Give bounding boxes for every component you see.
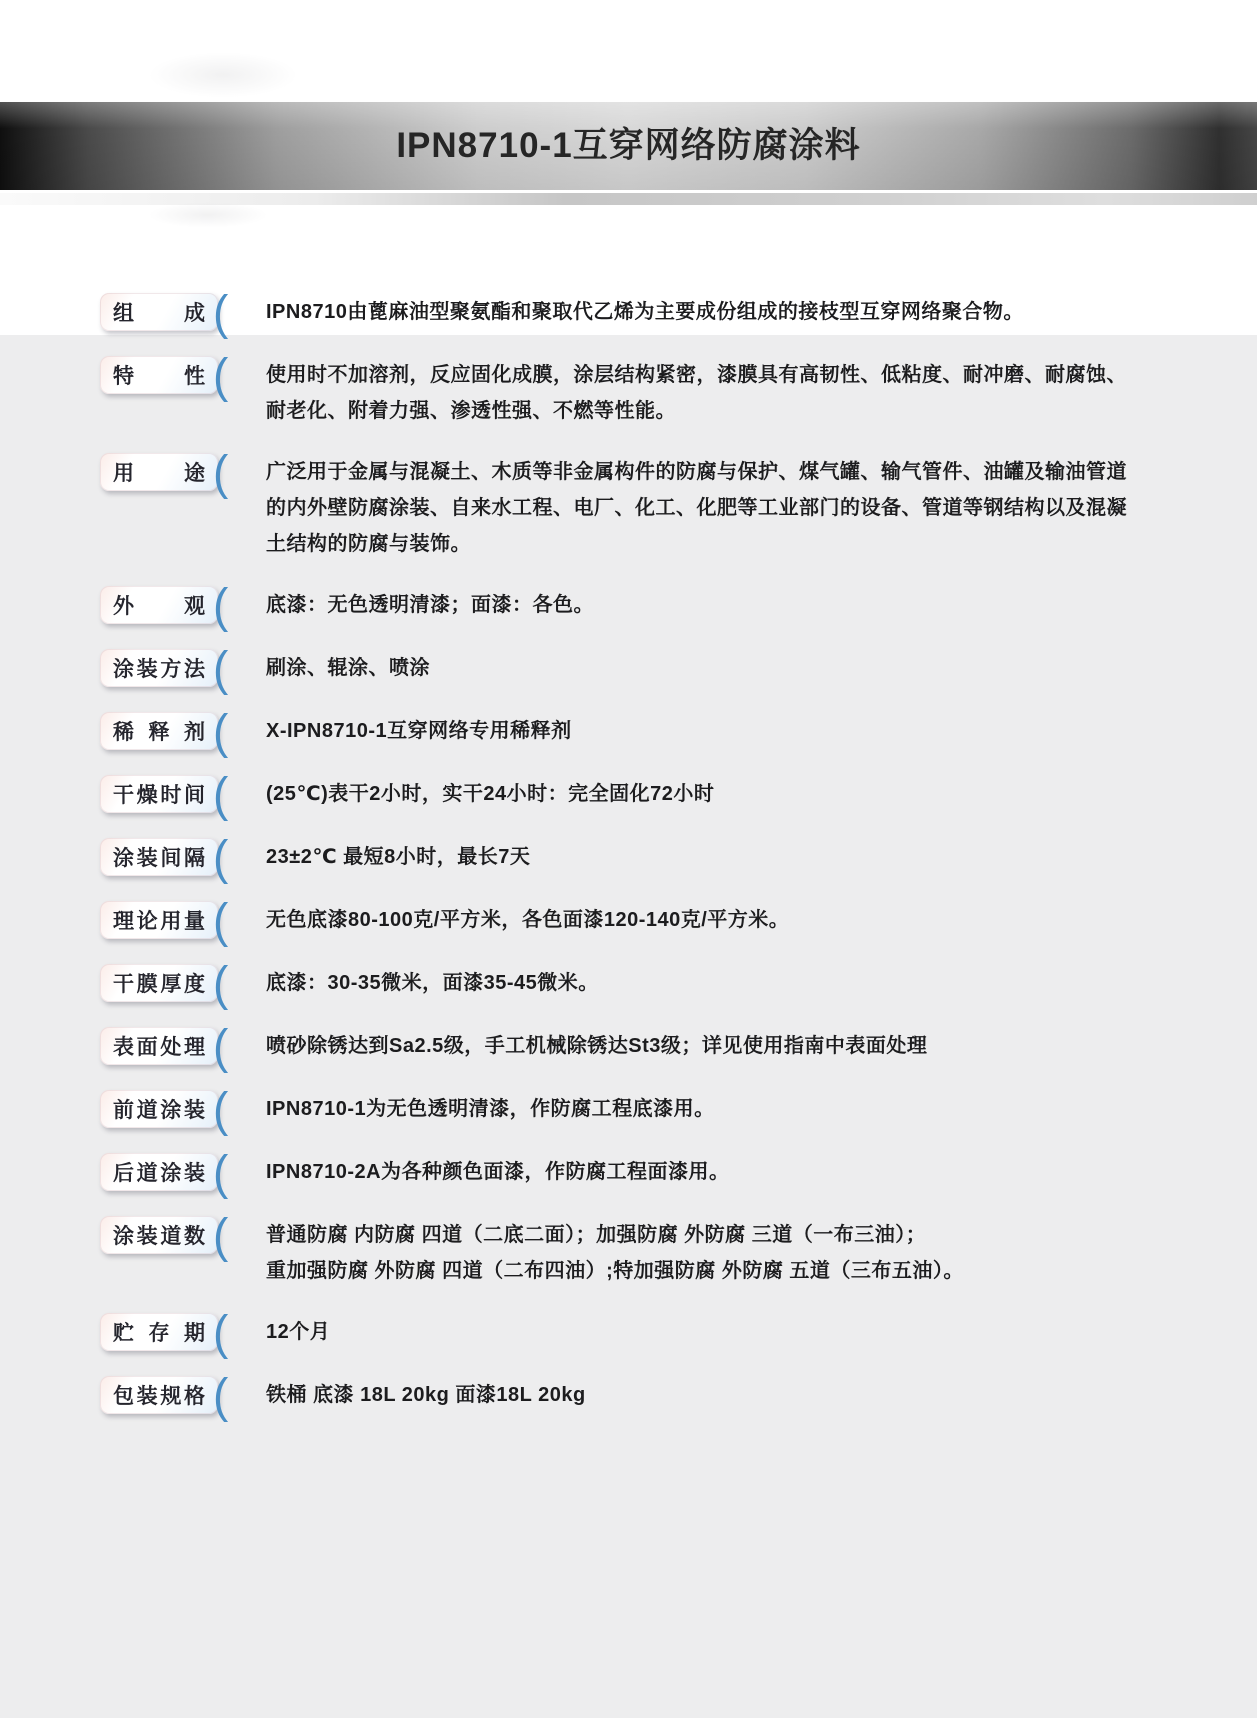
spec-row-13: 涂装道数 ( 普通防腐 内防腐 四道（二底二面）；加强防腐 外防腐 三道（一布三… bbox=[100, 1216, 1145, 1289]
spec-content-text: 底漆：30-35微米，面漆35-45微米。 bbox=[252, 965, 1145, 1003]
spec-content-text: 23±2℃ 最短8小时，最长7天 bbox=[252, 839, 1145, 877]
spec-label-char: 论 bbox=[137, 905, 158, 935]
spec-label-char: 外 bbox=[113, 590, 134, 620]
open-bracket-icon: ( bbox=[213, 1026, 228, 1066]
spec-label-char: 涂 bbox=[113, 842, 134, 872]
open-bracket-icon: ( bbox=[213, 711, 228, 751]
spec-content-text: 底漆：无色透明清漆；面漆：各色。 bbox=[252, 587, 1145, 625]
spec-label-char: 面 bbox=[137, 1031, 158, 1061]
spec-label-char: 干 bbox=[113, 779, 134, 809]
spec-label-pill: 表面处理 bbox=[100, 1027, 218, 1065]
spec-label-pill: 贮存期 bbox=[100, 1313, 218, 1351]
spec-row-15: 包装规格 ( 铁桶 底漆 18L 20kg 面漆18L 20kg bbox=[100, 1376, 1145, 1415]
open-bracket-icon: ( bbox=[213, 585, 228, 625]
spec-row-0: 组成 ( IPN8710由蓖麻油型聚氨酯和聚取代乙烯为主要成份组成的接枝型互穿网… bbox=[100, 293, 1145, 332]
spec-label-char: 装 bbox=[184, 1094, 205, 1124]
spec-label-char: 装 bbox=[137, 1220, 158, 1250]
spec-row-4: 涂装方法 ( 刷涂、辊涂、喷涂 bbox=[100, 649, 1145, 688]
spec-label-char: 厚 bbox=[160, 968, 181, 998]
spec-label-group: 贮存期 ( bbox=[100, 1313, 252, 1351]
spec-content-text: 无色底漆80-100克/平方米，各色面漆120-140克/平方米。 bbox=[252, 902, 1145, 940]
spec-label-char: 途 bbox=[184, 457, 205, 487]
spec-row-14: 贮存期 ( 12个月 bbox=[100, 1313, 1145, 1352]
spec-content-text: IPN8710-1为无色透明清漆，作防腐工程底漆用。 bbox=[252, 1091, 1145, 1129]
spec-content-text: 铁桶 底漆 18L 20kg 面漆18L 20kg bbox=[252, 1377, 1145, 1415]
spec-content-text: (25℃)表干2小时，实干24小时：完全固化72小时 bbox=[252, 776, 1145, 814]
spec-label-pill: 包装规格 bbox=[100, 1376, 218, 1414]
open-bracket-icon: ( bbox=[213, 292, 228, 332]
spec-label-char: 理 bbox=[184, 1031, 205, 1061]
spec-label-char: 稀 bbox=[113, 716, 134, 746]
spec-label-group: 特性 ( bbox=[100, 356, 252, 394]
spec-label-group: 干燥时间 ( bbox=[100, 775, 252, 813]
spec-label-group: 前道涂装 ( bbox=[100, 1090, 252, 1128]
open-bracket-icon: ( bbox=[213, 1152, 228, 1192]
spec-row-10: 表面处理 ( 喷砂除锈达到Sa2.5级，手工机械除锈达St3级；详见使用指南中表… bbox=[100, 1027, 1145, 1066]
open-bracket-icon: ( bbox=[213, 1215, 228, 1255]
spec-label-group: 组成 ( bbox=[100, 293, 252, 331]
spec-label-pill: 组成 bbox=[100, 293, 218, 331]
spec-label-group: 外观 ( bbox=[100, 586, 252, 624]
spec-label-char: 间 bbox=[184, 779, 205, 809]
spec-row-2: 用途 ( 广泛用于金属与混凝土、木质等非金属构件的防腐与保护、煤气罐、输气管件、… bbox=[100, 453, 1145, 562]
spec-content-text: 使用时不加溶剂，反应固化成膜，涂层结构紧密，漆膜具有高韧性、低粘度、耐冲磨、耐腐… bbox=[252, 357, 1145, 429]
spec-label-char: 装 bbox=[137, 653, 158, 683]
spec-label-pill: 前道涂装 bbox=[100, 1090, 218, 1128]
spec-label-pill: 涂装方法 bbox=[100, 649, 218, 687]
spec-label-char: 间 bbox=[160, 842, 181, 872]
spec-label-char: 涂 bbox=[160, 1094, 181, 1124]
spec-label-char: 特 bbox=[113, 360, 134, 390]
spec-label-char: 涂 bbox=[160, 1157, 181, 1187]
spec-row-1: 特性 ( 使用时不加溶剂，反应固化成膜，涂层结构紧密，漆膜具有高韧性、低粘度、耐… bbox=[100, 356, 1145, 429]
open-bracket-icon: ( bbox=[213, 1375, 228, 1415]
spec-label-char: 道 bbox=[137, 1157, 158, 1187]
spec-label-char: 法 bbox=[184, 653, 205, 683]
spec-content-text: 刷涂、辊涂、喷涂 bbox=[252, 650, 1145, 688]
spec-row-6: 干燥时间 ( (25℃)表干2小时，实干24小时：完全固化72小时 bbox=[100, 775, 1145, 814]
title-banner: IPN8710-1互穿网络防腐涂料 bbox=[0, 102, 1257, 190]
spec-label-char: 方 bbox=[160, 653, 181, 683]
spec-label-group: 稀释剂 ( bbox=[100, 712, 252, 750]
spec-label-pill: 用途 bbox=[100, 453, 218, 491]
spec-row-7: 涂装间隔 ( 23±2℃ 最短8小时，最长7天 bbox=[100, 838, 1145, 877]
spec-label-char: 用 bbox=[113, 457, 134, 487]
spec-row-11: 前道涂装 ( IPN8710-1为无色透明清漆，作防腐工程底漆用。 bbox=[100, 1090, 1145, 1129]
spec-label-pill: 涂装间隔 bbox=[100, 838, 218, 876]
spec-label-char: 规 bbox=[160, 1380, 181, 1410]
spec-label-char: 存 bbox=[149, 1317, 170, 1347]
watermark-blob-top bbox=[148, 52, 298, 98]
spec-row-8: 理论用量 ( 无色底漆80-100克/平方米，各色面漆120-140克/平方米。 bbox=[100, 901, 1145, 940]
spec-label-char: 量 bbox=[184, 905, 205, 935]
spec-label-char: 格 bbox=[184, 1380, 205, 1410]
spec-label-group: 理论用量 ( bbox=[100, 901, 252, 939]
open-bracket-icon: ( bbox=[213, 452, 228, 492]
spec-label-pill: 稀释剂 bbox=[100, 712, 218, 750]
open-bracket-icon: ( bbox=[213, 900, 228, 940]
spec-label-char: 涂 bbox=[113, 1220, 134, 1250]
spec-label-char: 数 bbox=[184, 1220, 205, 1250]
spec-label-char: 干 bbox=[113, 968, 134, 998]
spec-label-char: 前 bbox=[113, 1094, 134, 1124]
spec-content-text: 广泛用于金属与混凝土、木质等非金属构件的防腐与保护、煤气罐、输气管件、油罐及输油… bbox=[252, 454, 1145, 562]
spec-label-pill: 涂装道数 bbox=[100, 1216, 218, 1254]
spec-label-group: 用途 ( bbox=[100, 453, 252, 491]
spec-label-char: 膜 bbox=[137, 968, 158, 998]
spec-label-group: 包装规格 ( bbox=[100, 1376, 252, 1414]
spec-content-text: X-IPN8710-1互穿网络专用稀释剂 bbox=[252, 713, 1145, 751]
spec-label-char: 释 bbox=[149, 716, 170, 746]
spec-label-group: 涂装间隔 ( bbox=[100, 838, 252, 876]
spec-content-text: IPN8710-2A为各种颜色面漆，作防腐工程面漆用。 bbox=[252, 1154, 1145, 1192]
spec-label-char: 度 bbox=[184, 968, 205, 998]
spec-label-char: 装 bbox=[137, 842, 158, 872]
spec-label-char: 隔 bbox=[184, 842, 205, 872]
spec-label-char: 期 bbox=[184, 1317, 205, 1347]
spec-label-group: 涂装道数 ( bbox=[100, 1216, 252, 1254]
spec-content-text: IPN8710由蓖麻油型聚氨酯和聚取代乙烯为主要成份组成的接枝型互穿网络聚合物。 bbox=[252, 294, 1145, 332]
page-title: IPN8710-1互穿网络防腐涂料 bbox=[0, 102, 1257, 190]
spec-label-pill: 理论用量 bbox=[100, 901, 218, 939]
spec-label-pill: 特性 bbox=[100, 356, 218, 394]
spec-label-char: 性 bbox=[184, 360, 205, 390]
spec-label-group: 表面处理 ( bbox=[100, 1027, 252, 1065]
spec-label-char: 成 bbox=[184, 297, 205, 327]
spec-label-char: 组 bbox=[113, 297, 134, 327]
open-bracket-icon: ( bbox=[213, 1089, 228, 1129]
open-bracket-icon: ( bbox=[213, 774, 228, 814]
spec-label-group: 涂装方法 ( bbox=[100, 649, 252, 687]
spec-row-9: 干膜厚度 ( 底漆：30-35微米，面漆35-45微米。 bbox=[100, 964, 1145, 1003]
spec-row-5: 稀释剂 ( X-IPN8710-1互穿网络专用稀释剂 bbox=[100, 712, 1145, 751]
spec-label-char: 表 bbox=[113, 1031, 134, 1061]
spec-content-text: 12个月 bbox=[252, 1314, 1145, 1352]
spec-label-char: 处 bbox=[160, 1031, 181, 1061]
open-bracket-icon: ( bbox=[213, 963, 228, 1003]
banner-underline-strip bbox=[0, 193, 1257, 205]
spec-label-char: 装 bbox=[184, 1157, 205, 1187]
spec-label-char: 后 bbox=[113, 1157, 134, 1187]
spec-label-char: 剂 bbox=[184, 716, 205, 746]
open-bracket-icon: ( bbox=[213, 837, 228, 877]
spec-label-pill: 外观 bbox=[100, 586, 218, 624]
spec-label-char: 包 bbox=[113, 1380, 134, 1410]
spec-label-char: 道 bbox=[137, 1094, 158, 1124]
spec-label-char: 理 bbox=[113, 905, 134, 935]
spec-content-text: 喷砂除锈达到Sa2.5级，手工机械除锈达St3级；详见使用指南中表面处理 bbox=[252, 1028, 1145, 1066]
open-bracket-icon: ( bbox=[213, 648, 228, 688]
spec-label-char: 观 bbox=[184, 590, 205, 620]
spec-content-text: 普通防腐 内防腐 四道（二底二面）；加强防腐 外防腐 三道（一布三油）； 重加强… bbox=[252, 1217, 1145, 1289]
spec-label-char: 用 bbox=[160, 905, 181, 935]
spec-label-char: 装 bbox=[137, 1380, 158, 1410]
open-bracket-icon: ( bbox=[213, 1312, 228, 1352]
spec-label-char: 燥 bbox=[137, 779, 158, 809]
spec-label-pill: 干膜厚度 bbox=[100, 964, 218, 1002]
spec-label-char: 时 bbox=[160, 779, 181, 809]
spec-label-group: 后道涂装 ( bbox=[100, 1153, 252, 1191]
spec-label-group: 干膜厚度 ( bbox=[100, 964, 252, 1002]
spec-row-12: 后道涂装 ( IPN8710-2A为各种颜色面漆，作防腐工程面漆用。 bbox=[100, 1153, 1145, 1192]
spec-label-char: 涂 bbox=[113, 653, 134, 683]
spec-label-char: 道 bbox=[160, 1220, 181, 1250]
spec-label-char: 贮 bbox=[113, 1317, 134, 1347]
open-bracket-icon: ( bbox=[213, 355, 228, 395]
spec-label-pill: 后道涂装 bbox=[100, 1153, 218, 1191]
spec-label-pill: 干燥时间 bbox=[100, 775, 218, 813]
spec-list: 组成 ( IPN8710由蓖麻油型聚氨酯和聚取代乙烯为主要成份组成的接枝型互穿网… bbox=[0, 205, 1257, 1439]
spec-row-3: 外观 ( 底漆：无色透明清漆；面漆：各色。 bbox=[100, 586, 1145, 625]
